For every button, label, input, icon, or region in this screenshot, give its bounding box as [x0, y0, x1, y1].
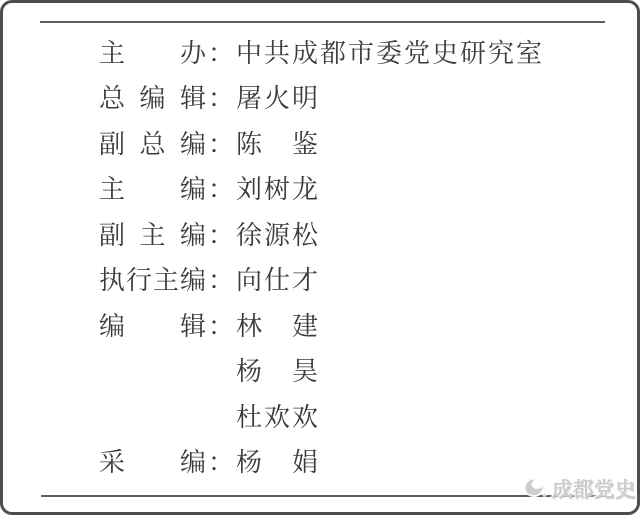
watermark: 成都党史 — [522, 473, 636, 502]
credit-name: 屠火明 — [236, 85, 320, 111]
role-label: 编辑 — [99, 313, 206, 339]
credit-name: 徐源松 — [236, 222, 320, 248]
credit-row: 总编辑 ： 屠火明 — [3, 76, 640, 122]
colon-separator: ： — [206, 222, 236, 248]
credit-name: 陈 鉴 — [236, 131, 320, 157]
credit-row: 主办 ： 中共成都市委党史研究室 — [3, 30, 640, 76]
colon-separator: ： — [206, 176, 236, 202]
role-label: 主编 — [99, 176, 206, 202]
role-label: 副主编 — [99, 222, 206, 248]
credit-row: 主编 ： 刘树龙 — [3, 167, 640, 213]
role-label: 采编 — [99, 449, 206, 475]
bottom-divider-rule — [41, 495, 605, 497]
credit-row: 杨 昊 — [3, 349, 640, 395]
top-divider-rule — [40, 21, 605, 23]
role-label: 主办 — [99, 40, 206, 66]
credit-row: 副主编 ： 徐源松 — [3, 212, 640, 258]
watermark-text: 成都党史 — [552, 473, 636, 502]
bird-logo-icon — [522, 476, 550, 500]
colon-separator: ： — [206, 313, 236, 339]
credit-name: 杨 昊 — [236, 358, 320, 384]
credit-name: 中共成都市委党史研究室 — [236, 40, 544, 66]
page-frame: 主办 ： 中共成都市委党史研究室 总编辑 ： 屠火明 副总编 ： 陈 鉴 主编 … — [0, 0, 640, 515]
credit-row: 执行主编 ： 向仕才 — [3, 258, 640, 304]
credit-name: 向仕才 — [236, 267, 320, 293]
credit-row: 杜欢欢 — [3, 394, 640, 440]
role-label: 总编辑 — [99, 85, 206, 111]
colon-separator: ： — [206, 449, 236, 475]
credit-name: 林 建 — [236, 313, 320, 339]
credit-name: 杨 娟 — [236, 449, 320, 475]
colon-separator: ： — [206, 40, 236, 66]
role-label: 副总编 — [99, 131, 206, 157]
role-label: 执行主编 — [99, 267, 206, 293]
credit-name: 刘树龙 — [236, 176, 320, 202]
credit-name: 杜欢欢 — [236, 404, 320, 430]
credit-row: 编辑 ： 林 建 — [3, 303, 640, 349]
credits-list: 主办 ： 中共成都市委党史研究室 总编辑 ： 屠火明 副总编 ： 陈 鉴 主编 … — [3, 30, 640, 485]
colon-separator: ： — [206, 85, 236, 111]
credit-row: 副总编 ： 陈 鉴 — [3, 121, 640, 167]
colon-separator: ： — [206, 267, 236, 293]
colon-separator: ： — [206, 131, 236, 157]
